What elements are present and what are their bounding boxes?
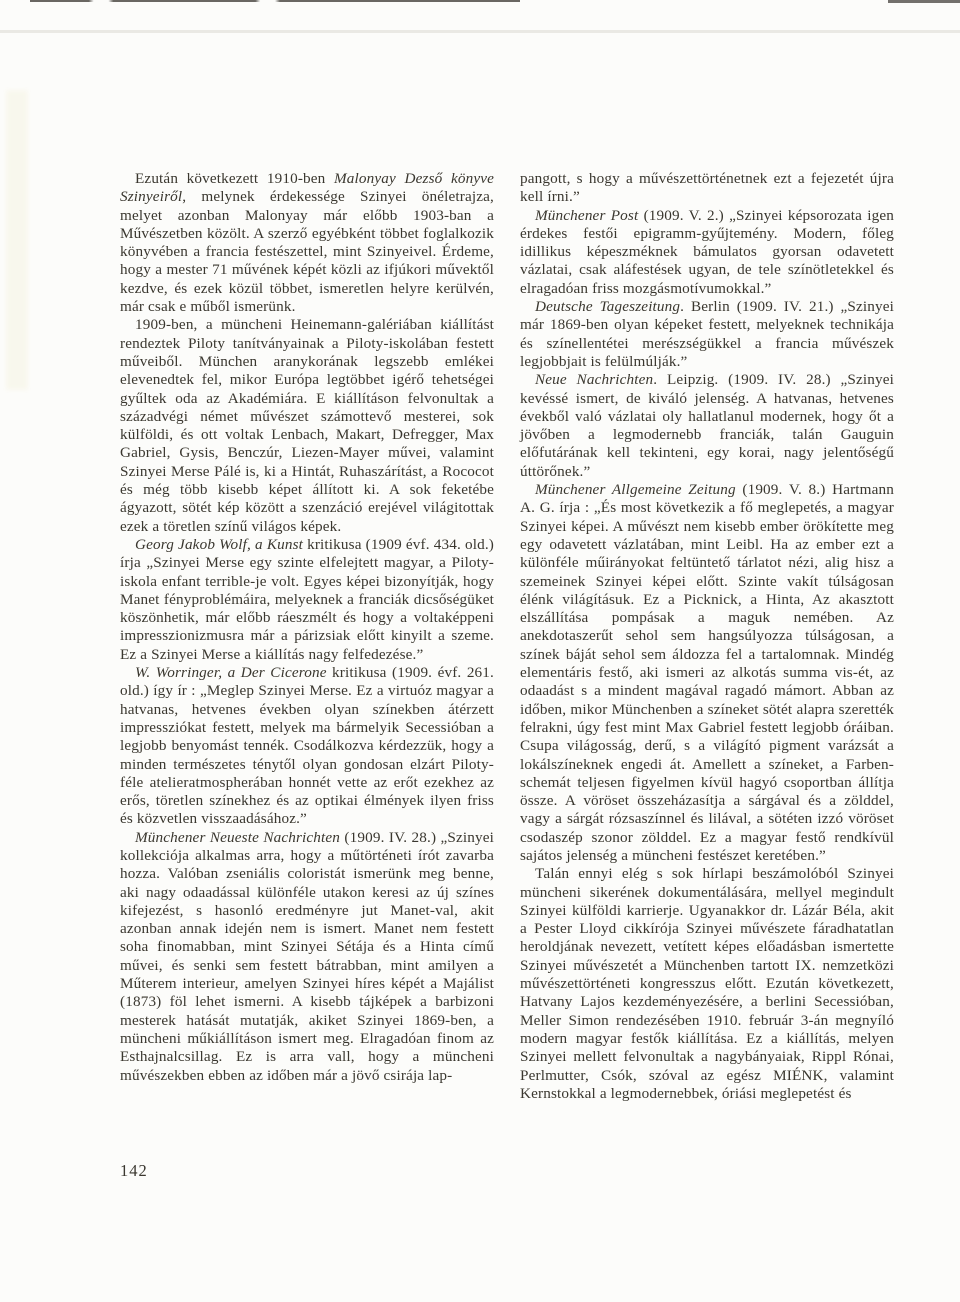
scan-edge-line-artifact	[30, 0, 520, 2]
body-text: kritikusa (1909 évf. 434. old.) írja „Sz…	[120, 536, 494, 663]
scan-smudge-artifact	[0, 30, 960, 33]
paragraph: Neue Nachrichten. Leipzig. (1909. IV. 28…	[520, 371, 894, 481]
body-text: Talán ennyi elég s sok hírlapi beszámoló…	[520, 865, 894, 1102]
cited-source-title: Deutsche Tageszeitung	[535, 298, 680, 315]
paragraph: Ezután következett 1910-ben Malonyay Dez…	[120, 170, 494, 316]
page-number: 142	[120, 1161, 148, 1181]
paragraph: W. Worringer, a Der Cicerone kritikusa (…	[120, 664, 494, 829]
text-column-left: Ezután következett 1910-ben Malonyay Dez…	[120, 170, 494, 1103]
two-column-text-block: Ezután következett 1910-ben Malonyay Dez…	[120, 170, 894, 1103]
paragraph: Georg Jakob Wolf, a Kunst kritikusa (190…	[120, 536, 494, 664]
scan-edge-line-artifact	[888, 0, 960, 3]
paragraph: pangott, s hogy a művészettörténetnek ez…	[520, 170, 894, 207]
text-column-right: pangott, s hogy a művészettörténetnek ez…	[520, 170, 894, 1103]
body-text: , melynek érdekessége Szinyei önéletrajz…	[120, 188, 494, 315]
scanned-book-page: Ezután következett 1910-ben Malonyay Dez…	[0, 0, 960, 1302]
body-text: 1909-ben, a müncheni Heinemann-galériába…	[120, 316, 494, 534]
scan-tint-artifact	[6, 90, 28, 390]
cited-source-title: Georg Jakob Wolf, a Kunst	[135, 536, 303, 553]
body-text: Ezután következett 1910-ben	[135, 170, 334, 187]
cited-source-title: Münchener Neueste Nachrichten	[135, 829, 340, 846]
cited-source-title: W. Worringer, a Der Cicerone	[135, 664, 327, 681]
body-text: pangott, s hogy a művészettörténetnek ez…	[520, 170, 894, 205]
cited-source-title: Münchener Post	[535, 207, 638, 224]
paragraph: Talán ennyi elég s sok hírlapi beszámoló…	[520, 865, 894, 1103]
cited-source-title: Münchener Allgemeine Zeitung	[535, 481, 736, 498]
paragraph: 1909-ben, a müncheni Heinemann-galériába…	[120, 316, 494, 536]
paragraph: Münchener Allgemeine Zeitung (1909. V. 8…	[520, 481, 894, 865]
paragraph: Deutsche Tageszeitung. Berlin (1909. IV.…	[520, 298, 894, 371]
body-text: (1909. IV. 28.) „Szinyei kollekciója alk…	[120, 829, 494, 1084]
cited-source-title: Neue Nachrichten	[535, 371, 653, 388]
paragraph: Münchener Post (1909. V. 2.) „Szinyei ké…	[520, 207, 894, 298]
body-text: (1909. V. 8.) Hartmann A. G. írja : „És …	[520, 481, 894, 864]
paragraph: Münchener Neueste Nachrichten (1909. IV.…	[120, 829, 494, 1085]
body-text: kritikusa (1909. évf. 261. old.) így ír …	[120, 664, 494, 827]
